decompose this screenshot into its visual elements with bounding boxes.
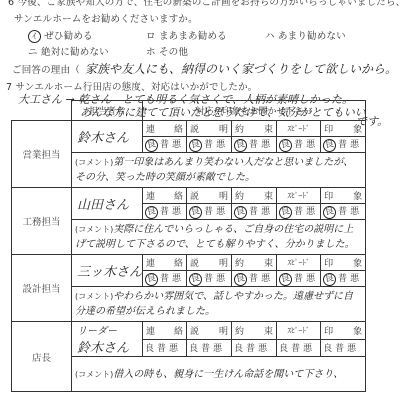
comment-field[interactable]: (コメント)第一印象はあんまり笑わない人だなと思いましたが、その分、笑った時の笑… [72,153,366,188]
option-label: その他 [159,47,188,58]
role-label: 店長 [12,322,72,392]
rating-speed[interactable]: 良普悪 [277,204,321,220]
selected-circle-mark: 良 [278,138,293,153]
option-label: 絶対に勧めない [41,47,109,58]
rating-impression[interactable]: 良普悪 [321,137,366,153]
selected-circle-mark: 良 [144,272,159,287]
criterion-promise: 約束 [232,121,277,137]
selected-circle-mark: 良 [188,205,203,220]
option-mark: ニ [28,47,38,58]
rating-promise[interactable]: 良普悪 [232,204,277,220]
option-mark: ロ [146,31,156,42]
role-label: 営業担当 [12,121,72,188]
rating-promise[interactable]: 良普悪 [232,271,277,287]
reason-handwritten[interactable]: 家族や友人にも、納得のいく家づくりをして欲しいから。 [85,62,397,76]
option-mark: ホ [146,47,156,58]
staff-name-field[interactable]: 三ッ木さん [72,255,143,287]
rating-impression[interactable]: 良普悪 [321,271,366,287]
rating-promise[interactable]: 良普悪 [232,137,277,153]
rating-contact[interactable]: 良普悪 [143,137,187,153]
selected-circle-mark: 良 [233,138,248,153]
selected-circle-mark: 良 [278,272,293,287]
comment-field[interactable]: (コメント)借入の時も、親身に一生けん命話を聞いて下さり、 [72,357,366,392]
criterion-speed: ｽﾋﾟｰﾄﾞ [277,121,321,137]
criterion-promise: 約束 [232,188,277,204]
staff-title: リーダー [72,322,142,337]
selected-circle-mark: 良 [188,138,203,153]
option-label: まあまあ勧める [159,31,227,42]
table-header-row: 担当者名 対応や印象をお聞かせ下さい [12,101,366,121]
criterion-impression: 印象 [321,188,366,204]
criterion-explanation: 説明 [187,322,232,340]
q6-prompt-line1: 6 今後、ご家族や知人の方で、住宅の新築のご計画をお持ちの方がいらっしゃいました… [8,0,400,8]
criterion-contact: 連絡 [143,255,187,271]
rating-contact[interactable]: 良普悪 [143,339,187,357]
staff-name-field[interactable]: リーダー 鈴木さん [72,322,143,357]
q6-option-1[interactable]: イ ぜひ勧める [28,28,93,43]
header-feedback: 対応や印象をお聞かせ下さい [143,101,366,121]
table-row-sales: 営業担当 鈴木さん 連絡 説明 約束 ｽﾋﾟｰﾄﾞ 印象 [12,121,366,137]
comment-field[interactable]: (コメント)やわらかい雰囲気で、話しやすかった。遠慮せずに自分達の希望が伝えられ… [72,287,366,322]
table-row-manager: 店長 リーダー 鈴木さん 連絡 説明 約束 ｽﾋﾟｰﾄﾞ 印象 [12,322,366,340]
option-label: あまり勧めない [278,31,346,42]
criterion-contact: 連絡 [143,121,187,137]
criterion-contact: 連絡 [143,188,187,204]
selected-circle-mark: 良 [322,205,337,220]
selected-circle-mark: 良 [144,205,159,220]
q6-option-5[interactable]: ホ その他 [146,44,188,58]
selected-circle-mark: 良 [188,272,203,287]
criterion-impression: 印象 [321,255,366,271]
comment-field[interactable]: (コメント)実際に住んでいらっしゃる、ご自身の住宅の説明に上げて説明して下さるの… [72,220,366,255]
staff-name-field[interactable]: 山田さん [72,188,143,220]
staff-name: 鈴木さん [72,131,129,146]
rating-contact[interactable]: 良普悪 [143,271,187,287]
criterion-impression: 印象 [321,121,366,137]
rating-explanation[interactable]: 良普悪 [187,271,232,287]
selected-circle-mark: 良 [144,138,159,153]
table-row-design: 設計担当 三ッ木さん 連絡 説明 約束 ｽﾋﾟｰﾄﾞ 印象 [12,255,366,271]
table-row-construction: 工務担当 山田さん 連絡 説明 約束 ｽﾋﾟｰﾄﾞ 印象 [12,188,366,204]
rating-impression[interactable]: 良普悪 [321,339,366,357]
criterion-speed: ｽﾋﾟｰﾄﾞ [277,188,321,204]
staff-name: 山田さん [72,198,129,213]
reason-label: ご回答の理由（ [12,65,80,76]
rating-speed[interactable]: 良普悪 [277,339,321,357]
q6-reason: ご回答の理由（ 家族や友人にも、納得のいく家づくりをして欲しいから。 [12,58,397,77]
header-staff-name: 担当者名 [72,101,143,121]
role-label: 工務担当 [12,188,72,255]
criterion-contact: 連絡 [143,322,187,340]
selected-circle-mark: 良 [233,205,248,220]
rating-promise[interactable]: 良普悪 [232,339,277,357]
q6-option-4[interactable]: ニ 絶対に勧めない [28,44,109,58]
selected-circle-mark: 良 [322,272,337,287]
rating-speed[interactable]: 良普悪 [277,271,321,287]
role-label: 設計担当 [12,255,72,322]
criterion-promise: 約束 [232,322,277,340]
rating-speed[interactable]: 良普悪 [277,137,321,153]
q6-prompt-line2: サンエルホームをお勧めくださいますか。 [14,11,198,25]
staff-name: 鈴木さん [72,341,129,356]
criterion-explanation: 説明 [187,121,232,137]
selected-circle-mark: 良 [322,138,337,153]
criterion-explanation: 説明 [187,188,232,204]
selected-circle-mark: イ [27,29,42,44]
selected-circle-mark: 良 [278,205,293,220]
option-label: ぜひ勧める [44,31,93,42]
rating-impression[interactable]: 良普悪 [321,204,366,220]
criterion-speed: ｽﾋﾟｰﾄﾞ [277,255,321,271]
q6-option-2[interactable]: ロ まあまあ勧める [146,28,227,42]
staff-name-field[interactable]: 鈴木さん [72,121,143,153]
rating-explanation[interactable]: 良普悪 [187,339,232,357]
criterion-speed: ｽﾋﾟｰﾄﾞ [277,322,321,340]
rating-explanation[interactable]: 良普悪 [187,137,232,153]
selected-circle-mark: 良 [233,272,248,287]
criterion-explanation: 説明 [187,255,232,271]
staff-name: 三ッ木さん [72,265,142,280]
rating-contact[interactable]: 良普悪 [143,204,187,220]
criterion-promise: 約束 [232,255,277,271]
criterion-impression: 印象 [321,322,366,340]
option-mark: ハ [265,31,275,42]
q6-option-3[interactable]: ハ あまり勧めない [265,28,346,42]
rating-explanation[interactable]: 良普悪 [187,204,232,220]
staff-evaluation-table: 担当者名 対応や印象をお聞かせ下さい 営業担当 鈴木さん 連絡 説明 約束 ｽﾋ… [11,100,366,392]
